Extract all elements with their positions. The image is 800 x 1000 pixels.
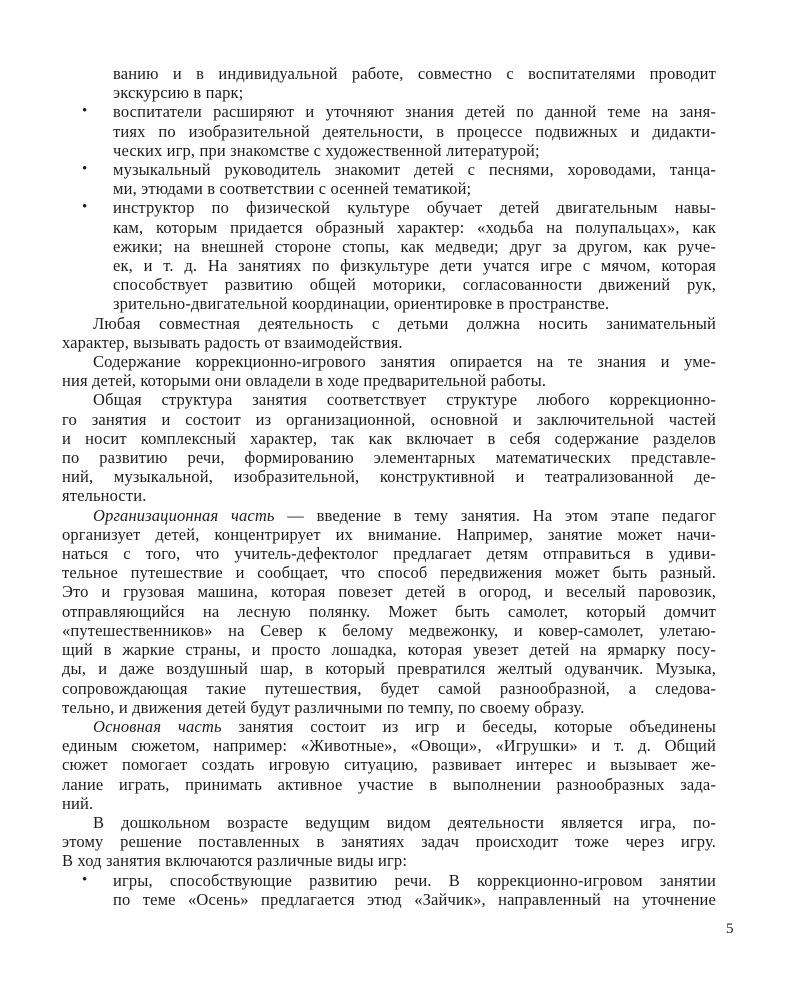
text-line: сопровождающая такие путешествия, будет … [62,679,716,698]
text-line: тельно, и движения детей будут различным… [62,698,716,717]
bullet-item: •игры, способствующие развитию речи. В к… [62,871,716,909]
text-line: характер, вызывать радость от взаимодейс… [62,333,716,352]
page-number: 5 [726,920,734,938]
text-line: ческих игр, при знакомстве с художествен… [113,141,716,160]
text-line: единым сюжетом, например: «Животные», «О… [62,736,716,755]
text-line: ежики; на внешней стороне стопы, как мед… [113,237,716,256]
paragraph: Общая структура занятия соответствует ст… [62,390,716,505]
text-line: ми, этюдами в соответствии с осенней тем… [113,179,716,198]
italic-lead: Основная часть [93,717,222,736]
text-line: этому решение поставленных в занятиях за… [62,832,716,851]
text-line: Общая структура занятия соответствует ст… [62,390,716,409]
text-line: ванию и в индивидуальной работе, совмест… [113,64,716,83]
text-line: по развитию речи, формированию элементар… [62,448,716,467]
text-line: ятельности. [62,486,716,505]
text-line: тельное путешествие и сообщает, что спос… [62,563,716,582]
text-line: кам, которым придается образный характер… [113,218,716,237]
bullet-item: •музыкальный руководитель знакомит детей… [62,160,716,198]
text-line: лание играть, принимать активное участие… [62,775,716,794]
text-line: способствует развитию общей моторики, со… [113,275,716,294]
bullet-item: •инструктор по физической культуре обуча… [62,198,716,313]
text-line: зрительно-двигательной координации, орие… [113,294,716,313]
text-line: «путешественников» на Север к белому мед… [62,621,716,640]
text-line: Основная часть занятия состоит из игр и … [62,717,716,736]
text-line: тиях по изобразительной деятельности, в … [113,122,716,141]
bullet-icon: • [82,160,87,179]
paragraph: Организационная часть — введение в тему … [62,506,716,717]
bullet-icon: • [82,102,87,121]
document-page: ванию и в индивидуальной работе, совмест… [0,0,800,1000]
text-line: В дошкольном возрасте ведущим видом деят… [62,813,716,832]
text-line: В ход занятия включаются различные виды … [62,851,716,870]
text-line: го занятия и состоит из организационной,… [62,410,716,429]
text-line: ды, и даже воздушный шар, в который прев… [62,659,716,678]
text-line: ек, и т. д. На занятиях по физкультуре д… [113,256,716,275]
text-line: организует детей, концентрирует их внима… [62,525,716,544]
text-line: музыкальный руководитель знакомит детей … [113,160,716,179]
text-column: ванию и в индивидуальной работе, совмест… [62,64,716,909]
text-line: ния детей, которыми они овладели в ходе … [62,371,716,390]
text-line: Организационная часть — введение в тему … [62,506,716,525]
text-line: воспитатели расширяют и уточняют знания … [113,102,716,121]
italic-lead: Организационная часть [93,506,275,525]
text-line: Содержание коррекционно-игрового занятия… [62,352,716,371]
paragraph: Содержание коррекционно-игрового занятия… [62,352,716,390]
text-line: ний, музыкальной, изобразительной, конст… [62,467,716,486]
paragraph: ванию и в индивидуальной работе, совмест… [62,64,716,102]
text-line: Это и грузовая машина, которая повезет д… [62,582,716,601]
text-line: щий в жаркие страны, и просто лошадка, к… [62,640,716,659]
text-line: сюжет помогает создать игровую ситуацию,… [62,755,716,774]
paragraph: В дошкольном возрасте ведущим видом деят… [62,813,716,871]
text-line: Любая совместная деятельность с детьми д… [62,314,716,333]
paragraph: Любая совместная деятельность с детьми д… [62,314,716,352]
paragraph: Основная часть занятия состоит из игр и … [62,717,716,813]
text-line: по теме «Осень» предлагается этюд «Зайчи… [113,890,716,909]
bullet-item: •воспитатели расширяют и уточняют знания… [62,102,716,160]
text-line: экскурсию в парк; [113,83,716,102]
bullet-icon: • [82,871,87,890]
text-line: отправляющийся на лесную полянку. Может … [62,602,716,621]
text-line: ний. [62,794,716,813]
text-line: наться с того, что учитель-дефектолог пр… [62,544,716,563]
text-line: игры, способствующие развитию речи. В ко… [113,871,716,890]
text-line: и носит комплексный характер, так как вк… [62,429,716,448]
bullet-icon: • [82,198,87,217]
text-line: инструктор по физической культуре обучае… [113,198,716,217]
